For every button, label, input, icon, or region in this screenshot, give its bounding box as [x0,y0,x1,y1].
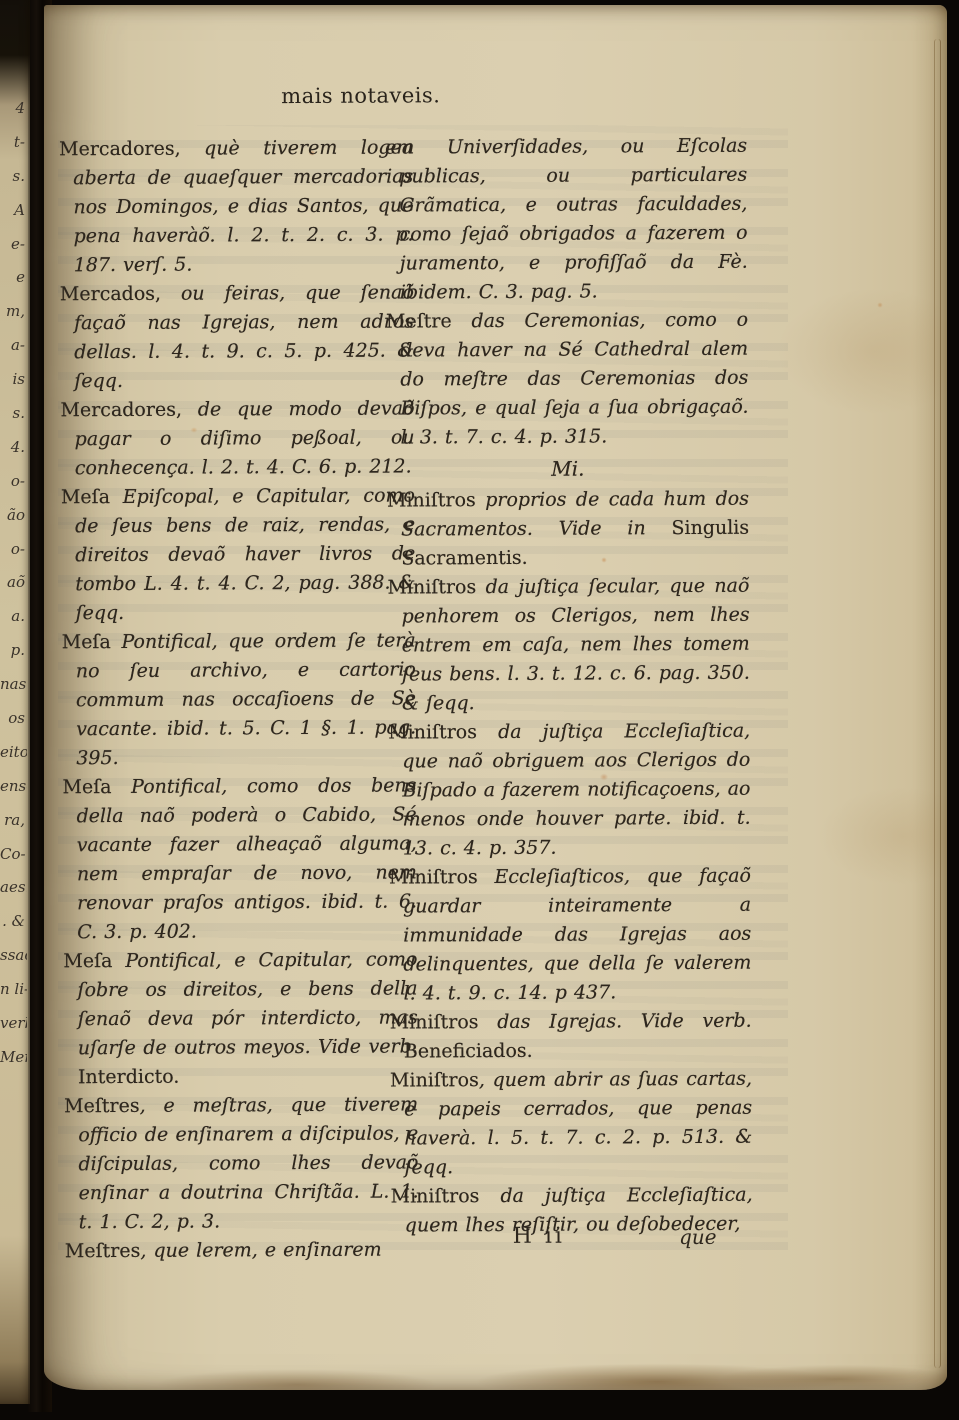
index-entry: Miniſtros proprios de cada hum dos Sacra… [387,485,749,574]
signature-mark: H ii [479,1223,599,1249]
margin-text-fragment: p. [0,642,27,658]
entry-text-roman: Mercadores, [60,399,182,422]
entry-text-roman: Interdicto. [78,1066,179,1089]
margin-text-fragment: ens- [0,778,27,794]
margin-text-fragment: aes. [0,879,27,895]
facing-page-edge: 4t-s.Ae-em,a-iss.4.o-ãoo-aõa.p.nasoseito… [0,0,30,1404]
entry-text-roman: Miniſtros [389,866,478,888]
index-entry: Mercados, ou feiras, que ſenaõ façaõ nas… [60,278,415,396]
margin-text-fragment: o- [0,541,27,557]
entry-text-roman: Beneficiados. [404,1040,533,1063]
index-entry: Miniſtros Eccleſiaſticos, que façaõ guar… [389,862,752,1009]
index-entry: Meſa Pontifical, e Capitular, como ſobre… [63,945,418,1092]
index-entry: Mercadores, de que modo devaõ pagar o di… [60,394,414,483]
book-scan-photo: { "document": { "running_title": "mais n… [0,0,959,1420]
index-entry: Miniſtros da juſtiça Eccleſiaſtica, que … [388,717,751,864]
margin-text-fragment: o- [0,473,27,489]
margin-text-fragment: n li- [0,981,27,997]
index-entry: Meſtre das Ceremonias, como o deva haver… [386,306,749,453]
section-heading: Mi. [387,454,749,485]
entry-text-roman: Miniſtros [387,489,476,511]
entry-text-italic: Epiſcopal, e Capitular, como de ſeus ben… [75,484,415,624]
entry-text-roman: Miniſtros [387,576,476,598]
entry-text-roman: Mercadores, [59,138,181,161]
entry-text-italic: das Igrejas. Vide verb. [478,1010,751,1033]
page-text-block: mais notaveis. Mercadores, què tiverem l… [40,3,950,1393]
index-entry: Meſa Pontifical, como dos bens della naõ… [62,771,417,947]
entry-text-roman: Miniſtros [391,1185,480,1207]
margin-text-fragment: . & [0,913,27,929]
margin-text-fragment: a- [0,337,27,353]
entry-text-italic: Pontifical, e Capitular, como ſobre os d… [77,948,417,1059]
margin-text-fragment: ão [0,507,27,523]
margin-text-fragment: 4. [0,439,27,455]
entry-text-roman: Meſtres [65,1240,141,1262]
index-column-left: Mercadores, què tiverem logea aberta de … [59,133,419,1266]
margin-text-fragment: Mer- [0,1049,27,1065]
entry-text-italic: das Ceremonias, como o deva haver na Sé … [400,309,748,449]
entry-text-italic: Pontifical, que ordem ſe terà no ſeu arc… [76,629,416,769]
entry-text-roman: Miniſtros [390,1069,479,1091]
entry-text-italic: em Univerſidades, ou Eſcolas publicas, o… [385,135,748,304]
entry-text-italic: , que lerem, e enſinarem [140,1239,381,1262]
margin-text-fragment: A [0,202,27,218]
margin-text-fragment: s. [0,168,27,184]
index-entry: Meſa Pontifical, que ordem ſe terà no ſe… [62,626,417,773]
margin-text-fragment: eito [0,744,27,760]
running-title: mais notaveis. [276,83,446,108]
entry-text-roman: Miniſtros [388,721,477,743]
margin-text-fragment: ssaõ [0,947,27,963]
entry-text-roman: Meſtres [64,1095,140,1117]
margin-text-fragment: a. [0,608,27,624]
catchword: que [653,1225,743,1249]
margin-text-fragment: s. [0,405,27,421]
facing-page-text-fragments: 4t-s.Ae-em,a-iss.4.o-ãoo-aõa.p.nasoseito… [0,100,27,1065]
index-entry: Miniſtros, quem abrir as ſuas cartas, e … [390,1065,753,1183]
entry-text-roman: Meſa [61,486,110,508]
margin-text-fragment: t- [0,134,27,150]
margin-text-fragment: is [0,371,27,387]
margin-text-fragment: 4 [0,100,27,116]
index-entry: Miniſtros das Igrejas. Vide verb. Benefi… [390,1007,752,1067]
entry-text-roman: Meſa [63,950,112,972]
index-column-right: em Univerſidades, ou Eſcolas publicas, o… [385,132,753,1241]
margin-text-fragment: os [0,710,27,726]
margin-text-fragment: Co- [0,846,27,862]
index-entry: Meſtres, que lerem, e enſinarem [65,1235,419,1266]
index-entry: Miniſtros da juſtiça ſecular, que naõ pe… [387,572,750,719]
index-entry: Mercadores, què tiverem logea aberta de … [59,133,414,280]
index-entry: Meſtres, e meſtras, que tiverem officio … [64,1090,419,1237]
margin-text-fragment: m, [0,303,27,319]
entry-text-roman: Meſa [62,631,111,653]
book-page: mais notaveis. Mercadores, què tiverem l… [44,5,947,1390]
margin-text-fragment: nas [0,676,27,692]
margin-text-fragment: verb. [0,1015,27,1031]
margin-text-fragment: ra, [0,812,27,828]
margin-text-fragment: aõ [0,574,27,590]
entry-text-roman: Meſtre [386,310,452,332]
entry-text-italic: Pontifical, como dos bens della naõ pode… [77,774,418,943]
index-entry: Meſa Epiſcopal, e Capitular, como de ſeu… [61,481,416,628]
margin-text-fragment: e- [0,236,27,252]
entry-text-roman: Miniſtros [390,1011,479,1033]
margin-text-fragment: e [0,269,27,285]
entry-text-roman: Meſa [62,776,111,798]
entry-text-roman: Mercados, [60,283,161,306]
index-entry: em Univerſidades, ou Eſcolas publicas, o… [385,132,748,308]
